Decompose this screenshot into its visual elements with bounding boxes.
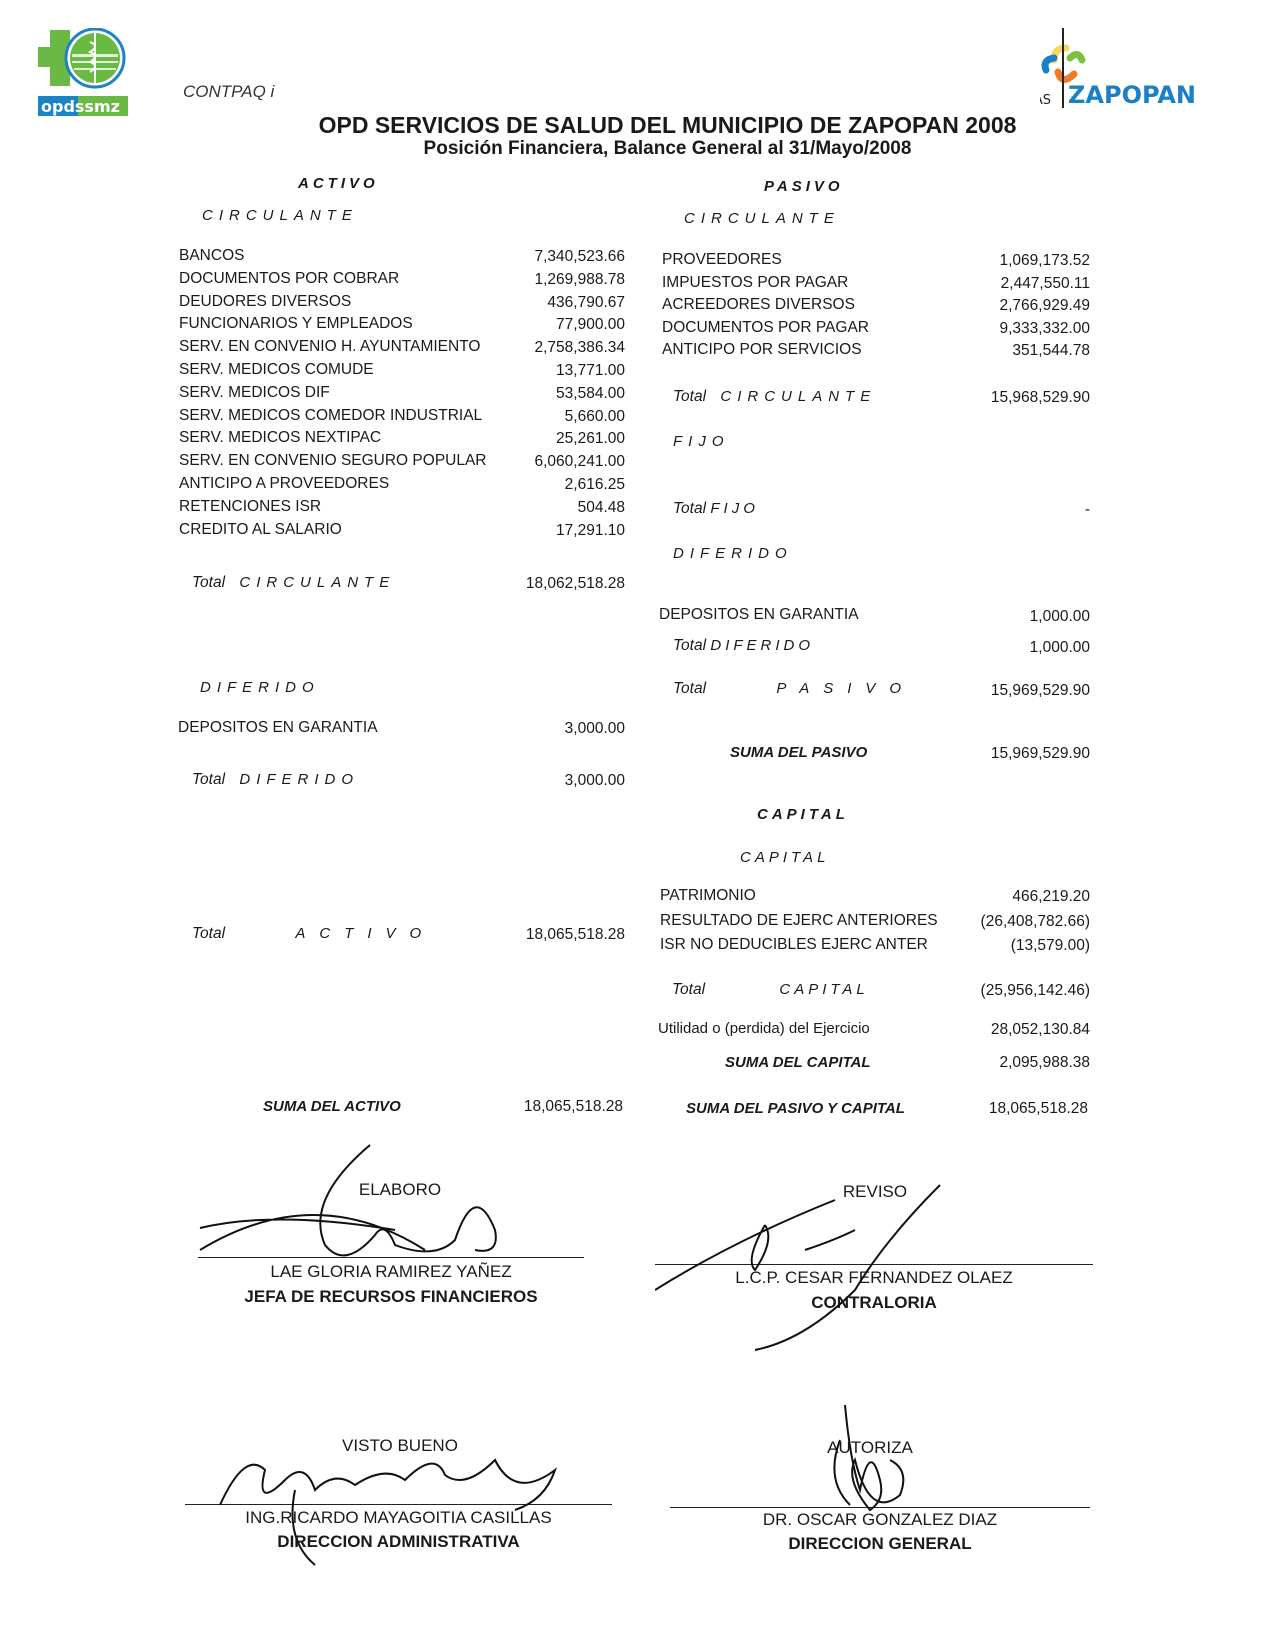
line-item-value: 6,060,241.00 <box>470 453 625 471</box>
line-item-value: 9,333,332.00 <box>935 320 1090 338</box>
pasivo-diferido-item-value: 1,000.00 <box>935 608 1090 626</box>
capital-sub-heading: CAPITAL <box>740 849 829 866</box>
pasivo-diferido-heading: DIFERIDO <box>673 545 793 562</box>
svg-text:ZAPOPAN: ZAPOPAN <box>1068 81 1196 109</box>
line-item-value: 7,340,523.66 <box>470 248 625 266</box>
line-item-value: 5,660.00 <box>470 408 625 426</box>
pasivo-total-value: 15,969,529.90 <box>935 682 1090 700</box>
line-item-value: 2,447,550.11 <box>935 275 1090 293</box>
activo-total-circulante: Total CIRCULANTE <box>192 574 395 592</box>
pasivo-total-fijo: Total FIJO <box>673 500 759 518</box>
suma-activo-label: SUMA DEL ACTIVO <box>263 1098 401 1115</box>
line-item-label: SERV. MEDICOS DIF <box>179 384 330 402</box>
line-item-label: BANCOS <box>179 247 244 265</box>
line-item-value: 351,544.78 <box>935 342 1090 360</box>
pasivo-total-fijo-value: - <box>935 501 1090 519</box>
line-item-label: SERV. MEDICOS COMUDE <box>179 361 374 379</box>
line-item-value: 53,584.00 <box>470 385 625 403</box>
capital-total-value: (25,956,142.46) <box>930 982 1090 1000</box>
signature-scrawl-visto-bueno <box>215 1430 615 1570</box>
activo-heading: ACTIVO <box>298 175 379 192</box>
line-item-label: PATRIMONIO <box>660 887 756 905</box>
line-item-label: FUNCIONARIOS Y EMPLEADOS <box>179 315 413 333</box>
svg-text:ES MÁS: ES MÁS <box>1040 92 1051 108</box>
suma-capital-label: SUMA DEL CAPITAL <box>725 1054 871 1071</box>
line-item-label: SERV. MEDICOS NEXTIPAC <box>179 429 381 447</box>
line-item-value: 2,766,929.49 <box>935 297 1090 315</box>
line-item-label: PROVEEDORES <box>662 251 782 269</box>
activo-diferido-heading: DIFERIDO <box>200 679 320 696</box>
line-item-label: DEUDORES DIVERSOS <box>179 293 351 311</box>
suma-pasivo-capital-label: SUMA DEL PASIVO Y CAPITAL <box>686 1100 905 1117</box>
pasivo-total-diferido-value: 1,000.00 <box>935 639 1090 657</box>
activo-total-diferido-value: 3,000.00 <box>470 772 625 790</box>
utilidad-value: 28,052,130.84 <box>930 1021 1090 1039</box>
line-item-value: 77,900.00 <box>470 316 625 334</box>
activo-total: Total ACTIVO <box>192 925 435 943</box>
utilidad-label: Utilidad o (perdida) del Ejercicio <box>658 1020 870 1037</box>
activo-total-diferido: Total DIFERIDO <box>192 771 359 789</box>
line-item-label: SERV. EN CONVENIO SEGURO POPULAR <box>179 452 487 470</box>
signature-role-elaboro: JEFA DE RECURSOS FINANCIEROS <box>198 1287 584 1307</box>
suma-pasivo-value: 15,969,529.90 <box>935 745 1090 763</box>
pasivo-circulante-heading: CIRCULANTE <box>684 210 840 227</box>
suma-pasivo-capital-value: 18,065,518.28 <box>930 1100 1088 1118</box>
activo-total-circulante-value: 18,062,518.28 <box>470 575 625 593</box>
signature-scrawl-autoriza <box>810 1400 940 1560</box>
line-item-label: ANTICIPO POR SERVICIOS <box>662 341 862 359</box>
suma-capital-value: 2,095,988.38 <box>930 1054 1090 1072</box>
pasivo-total-circulante-value: 15,968,529.90 <box>935 389 1090 407</box>
pasivo-heading: PASIVO <box>764 178 844 195</box>
line-item-value: 25,261.00 <box>470 430 625 448</box>
activo-diferido-item-value: 3,000.00 <box>470 720 625 738</box>
activo-diferido-item-label: DEPOSITOS EN GARANTIA <box>178 719 378 737</box>
report-title: OPD SERVICIOS DE SALUD DEL MUNICIPIO DE … <box>0 112 1275 139</box>
opdssmz-logo: opdssmz <box>38 28 134 120</box>
line-item-label: SERV. MEDICOS COMEDOR INDUSTRIAL <box>179 407 482 425</box>
signature-name-elaboro: LAE GLORIA RAMIREZ YAÑEZ <box>198 1262 584 1282</box>
line-item-value: (26,408,782.66) <box>930 913 1090 931</box>
line-item-value: 17,291.10 <box>470 522 625 540</box>
pasivo-fijo-heading: FIJO <box>673 433 730 450</box>
suma-pasivo-label: SUMA DEL PASIVO <box>730 744 867 761</box>
report-subtitle: Posición Financiera, Balance General al … <box>0 138 1275 160</box>
line-item-value: (13,579.00) <box>930 937 1090 955</box>
pasivo-total: Total PASIVO <box>673 680 915 698</box>
line-item-label: RESULTADO DE EJERC ANTERIORES <box>660 912 938 930</box>
line-item-label: DOCUMENTOS POR PAGAR <box>662 319 869 337</box>
line-item-label: SERV. EN CONVENIO H. AYUNTAMIENTO <box>179 338 480 356</box>
line-item-label: CREDITO AL SALARIO <box>179 521 342 539</box>
line-item-value: 1,269,988.78 <box>470 271 625 289</box>
line-item-label: IMPUESTOS POR PAGAR <box>662 274 848 292</box>
line-item-label: DOCUMENTOS POR COBRAR <box>179 270 399 288</box>
line-item-value: 436,790.67 <box>470 294 625 312</box>
line-item-label: ACREEDORES DIVERSOS <box>662 296 855 314</box>
line-item-label: ISR NO DEDUCIBLES EJERC ANTER <box>660 936 928 954</box>
line-item-value: 13,771.00 <box>470 362 625 380</box>
activo-total-value: 18,065,518.28 <box>470 926 625 944</box>
zapopan-logo: ES MÁS ZAPOPAN <box>1040 28 1250 118</box>
software-name: CONTPAQ i <box>183 82 274 102</box>
pasivo-diferido-item-label: DEPOSITOS EN GARANTIA <box>659 606 859 624</box>
line-item-value: 2,616.25 <box>470 476 625 494</box>
line-item-label: ANTICIPO A PROVEEDORES <box>179 475 389 493</box>
suma-activo-value: 18,065,518.28 <box>470 1098 623 1116</box>
line-item-value: 2,758,386.34 <box>470 339 625 357</box>
pasivo-total-diferido: Total DIFERIDO <box>673 637 814 655</box>
capital-heading: CAPITAL <box>757 806 849 823</box>
pasivo-total-circulante: Total CIRCULANTE <box>673 388 876 406</box>
signature-scrawl-reviso <box>655 1180 955 1360</box>
line-item-value: 504.48 <box>470 499 625 517</box>
signature-scrawl-elaboro <box>195 1140 525 1265</box>
line-item-label: RETENCIONES ISR <box>179 498 321 516</box>
capital-total: Total CAPITAL <box>672 981 869 999</box>
line-item-value: 1,069,173.52 <box>935 252 1090 270</box>
line-item-value: 466,219.20 <box>930 888 1090 906</box>
activo-circulante-heading: CIRCULANTE <box>202 207 358 224</box>
